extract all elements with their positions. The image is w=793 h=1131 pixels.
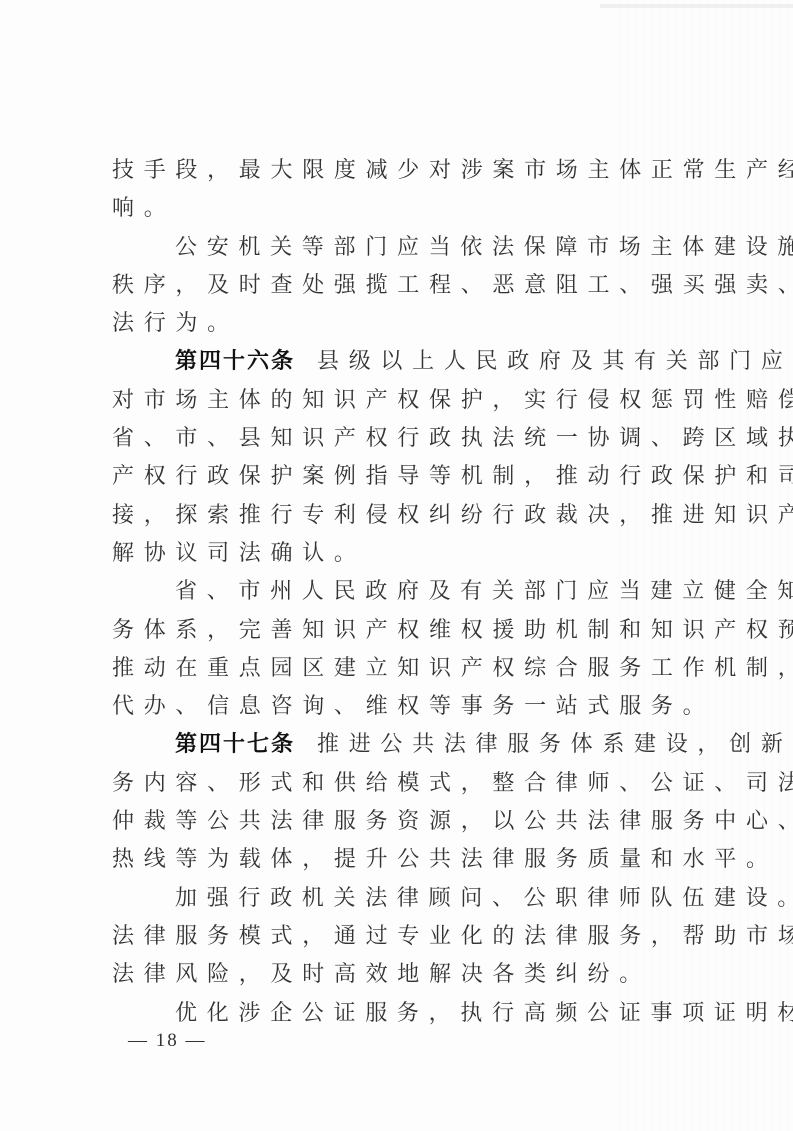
- text-line: 接，探索推行专利侵权纠纷行政裁决，推进知识产权纠纷行政调: [112, 497, 690, 535]
- document-page: 技手段，最大限度减少对涉案市场主体正常生产经营的不利影 响。 公安机关等部门应当…: [0, 0, 793, 1131]
- text-line: 技手段，最大限度减少对涉案市场主体正常生产经营的不利影: [112, 152, 690, 190]
- line-text: 秩序，及时查处强揽工程、恶意阻工、强买强卖、滋扰闹事等违: [112, 273, 793, 298]
- paragraph-start-line: 省、市州人民政府及有关部门应当建立健全知识产权公共服: [112, 573, 690, 611]
- paragraph-start-line: 优化涉企公证服务，执行高频公证事项证明材料清单制度，: [112, 995, 690, 1033]
- line-text: 县级以上人民政府及其有关部门应当依法加强: [317, 349, 793, 374]
- text-line: 仲裁等公共法律服务资源，以公共法律服务中心、公共法律服务: [112, 803, 690, 841]
- line-text: 务体系，完善知识产权维权援助机制和知识产权预警分析机制，: [112, 618, 793, 643]
- line-text: 法律风险，及时高效地解决各类纠纷。: [112, 962, 651, 987]
- line-text: 公安机关等部门应当依法保障市场主体建设施工和生产经营: [175, 235, 793, 260]
- line-text: 仲裁等公共法律服务资源，以公共法律服务中心、公共法律服务: [112, 809, 793, 834]
- line-text: 务内容、形式和供给模式，整合律师、公证、司法鉴定、调解、: [112, 771, 793, 796]
- page-number: — 18 —: [128, 1030, 207, 1052]
- text-line: 产权行政保护案例指导等机制，推动行政保护和司法保护相衔: [112, 458, 690, 496]
- text-line: 推动在重点园区建立知识产权综合服务工作机制，提供知识产权: [112, 650, 690, 688]
- scan-top-artifact: [600, 4, 793, 8]
- article-heading: 第四十七条: [175, 732, 295, 757]
- text-line: 务内容、形式和供给模式，整合律师、公证、司法鉴定、调解、: [112, 765, 690, 803]
- line-text: 法行为。: [112, 311, 239, 336]
- line-text: 热线等为载体，提升公共法律服务质量和水平。: [112, 847, 778, 872]
- text-line: 省、市、县知识产权行政执法统一协调、跨区域执法协作、知识: [112, 420, 690, 458]
- text-line: 法行为。: [112, 305, 690, 343]
- line-text: 对市场主体的知识产权保护，实行侵权惩罚性赔偿制度，完善: [112, 388, 793, 413]
- line-text: 推进公共法律服务体系建设，创新公共法律服: [317, 732, 793, 757]
- line-text: 优化涉企公证服务，执行高频公证事项证明材料清单制度，: [175, 1001, 793, 1026]
- line-text: 省、市州人民政府及有关部门应当建立健全知识产权公共服: [175, 579, 793, 604]
- article-47-line: 第四十七条推进公共法律服务体系建设，创新公共法律服: [112, 726, 690, 764]
- line-text: 技手段，最大限度减少对涉案市场主体正常生产经营的不利影: [112, 158, 793, 183]
- article-heading: 第四十六条: [175, 349, 295, 374]
- paragraph-start-line: 加强行政机关法律顾问、公职律师队伍建设。鼓励律师创新: [112, 880, 690, 918]
- text-line: 解协议司法确认。: [112, 535, 690, 573]
- text-line: 法律服务模式，通过专业化的法律服务，帮助市场主体有效防范: [112, 918, 690, 956]
- text-line: 响。: [112, 190, 690, 228]
- line-text: 产权行政保护案例指导等机制，推动行政保护和司法保护相衔: [112, 464, 793, 489]
- text-line: 对市场主体的知识产权保护，实行侵权惩罚性赔偿制度，完善: [112, 382, 690, 420]
- line-text: 解协议司法确认。: [112, 541, 366, 566]
- line-text: 响。: [112, 196, 175, 221]
- article-46-line: 第四十六条县级以上人民政府及其有关部门应当依法加强: [112, 343, 690, 381]
- text-line: 代办、信息咨询、维权等事务一站式服务。: [112, 688, 690, 726]
- line-text: 推动在重点园区建立知识产权综合服务工作机制，提供知识产权: [112, 656, 793, 681]
- line-text: 加强行政机关法律顾问、公职律师队伍建设。鼓励律师创新: [175, 886, 793, 911]
- paragraph-start-line: 公安机关等部门应当依法保障市场主体建设施工和生产经营: [112, 229, 690, 267]
- text-line: 热线等为载体，提升公共法律服务质量和水平。: [112, 841, 690, 879]
- line-text: 省、市、县知识产权行政执法统一协调、跨区域执法协作、知识: [112, 426, 793, 451]
- body-text: 技手段，最大限度减少对涉案市场主体正常生产经营的不利影 响。 公安机关等部门应当…: [112, 152, 690, 1033]
- text-line: 法律风险，及时高效地解决各类纠纷。: [112, 956, 690, 994]
- line-text: 法律服务模式，通过专业化的法律服务，帮助市场主体有效防范: [112, 924, 793, 949]
- text-line: 务体系，完善知识产权维权援助机制和知识产权预警分析机制，: [112, 612, 690, 650]
- line-text: 代办、信息咨询、维权等事务一站式服务。: [112, 694, 714, 719]
- text-line: 秩序，及时查处强揽工程、恶意阻工、强买强卖、滋扰闹事等违: [112, 267, 690, 305]
- line-text: 接，探索推行专利侵权纠纷行政裁决，推进知识产权纠纷行政调: [112, 503, 793, 528]
